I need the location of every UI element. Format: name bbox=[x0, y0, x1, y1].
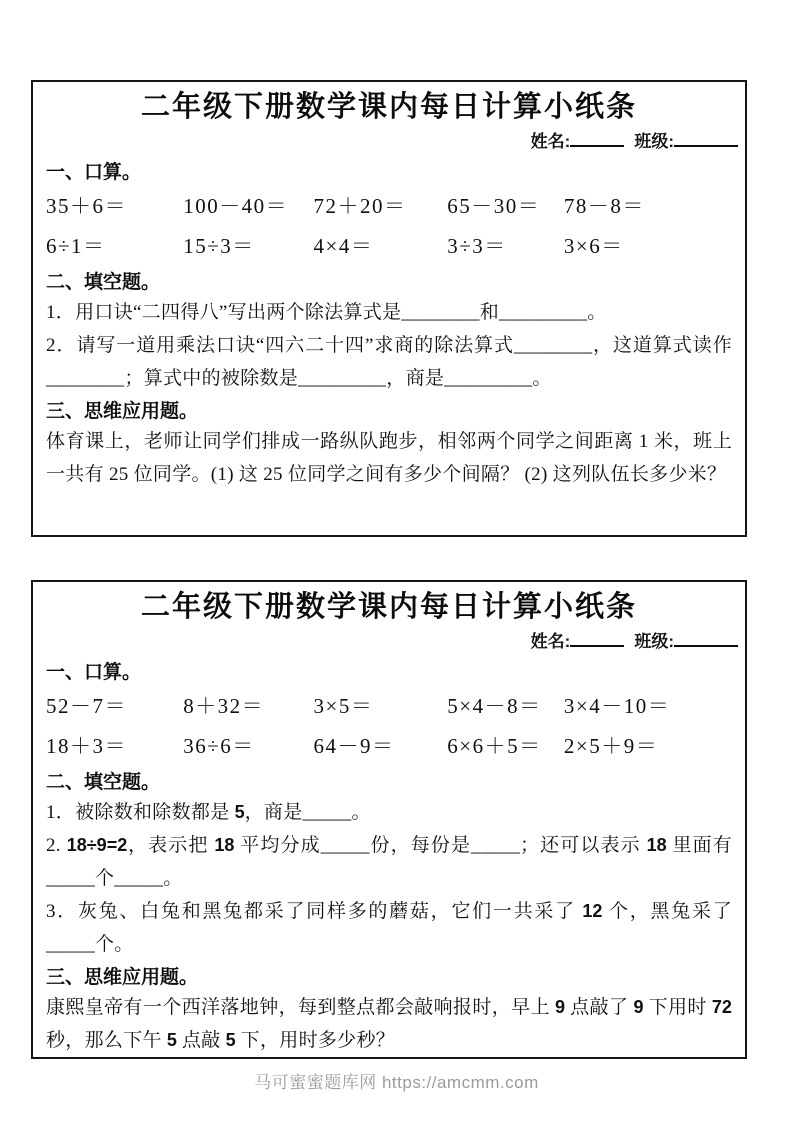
fill-item: 1．用口诀“二四得八”写出两个除法算式是________和_________。 bbox=[46, 296, 732, 329]
name-label: 姓名: bbox=[531, 132, 571, 151]
math-problem: 3×6＝ bbox=[564, 226, 732, 266]
math-problem: 36÷6＝ bbox=[183, 726, 313, 766]
name-label: 姓名: bbox=[531, 632, 571, 651]
math-problem: 18＋3＝ bbox=[46, 726, 183, 766]
math-problem: 78－8＝ bbox=[564, 186, 732, 226]
text-segment: 平均分成_____份，每份是_____；还可以表示 bbox=[234, 835, 646, 856]
math-problem: 100－40＝ bbox=[183, 186, 313, 226]
math-problem: 72＋20＝ bbox=[314, 186, 448, 226]
fill-item: 3．灰兔、白兔和黑兔都采了同样多的蘑菇，它们一共采了 12 个，黑兔采了____… bbox=[46, 895, 732, 961]
math-problem: 3×4－10＝ bbox=[564, 686, 732, 726]
application-problem: 体育课上，老师让同学们排成一路纵队跑步，相邻两个同学之间距离 1 米，班上一共有… bbox=[46, 425, 732, 491]
name-blank-line bbox=[570, 632, 624, 647]
bold-number: 5 bbox=[235, 802, 245, 822]
oral-problems-grid: 35＋6＝ 100－40＝ 72＋20＝ 65－30＝ 78－8＝ 6÷1＝ 1… bbox=[46, 186, 732, 266]
text-segment: 秒，那么下午 bbox=[46, 1030, 167, 1051]
application-problem: 康熙皇帝有一个西洋落地钟，每到整点都会敲响报时，早上 9 点敲了 9 下用时 7… bbox=[46, 991, 732, 1057]
math-problem: 15÷3＝ bbox=[183, 226, 313, 266]
math-problem: 6×6＋5＝ bbox=[447, 726, 564, 766]
math-problem: 5×4－8＝ bbox=[447, 686, 564, 726]
math-problem: 65－30＝ bbox=[447, 186, 564, 226]
name-class-line: 姓名:班级: bbox=[46, 130, 732, 154]
bold-number: 18÷9=2 bbox=[67, 835, 128, 855]
fill-item: 1．被除数和除数都是 5，商是_____。 bbox=[46, 796, 732, 829]
page-title: 二年级下册数学课内每日计算小纸条 bbox=[46, 590, 732, 624]
section-heading-fill: 二、填空题。 bbox=[46, 770, 732, 796]
text-segment: 2. bbox=[46, 835, 67, 856]
name-class-line: 姓名:班级: bbox=[46, 630, 732, 654]
math-problem: 6÷1＝ bbox=[46, 226, 183, 266]
math-problem: 2×5＋9＝ bbox=[564, 726, 732, 766]
text-segment: 下用时 bbox=[644, 997, 712, 1018]
text-segment: ，表示把 bbox=[127, 835, 214, 856]
class-label: 班级: bbox=[634, 132, 674, 151]
fill-item: 2．请写一道用乘法口诀“四六二十四”求商的除法算式________，这道算式读作… bbox=[46, 329, 732, 395]
bold-number: 12 bbox=[582, 901, 602, 921]
bold-number: 18 bbox=[647, 835, 667, 855]
section-heading-application: 三、思维应用题。 bbox=[46, 399, 732, 425]
footer-watermark: 马可蜜蜜题库网 https://amcmm.com bbox=[0, 1068, 793, 1093]
oral-problems-grid: 52－7＝ 8＋32＝ 3×5＝ 5×4－8＝ 3×4－10＝ 18＋3＝ 36… bbox=[46, 686, 732, 766]
text-segment: 下，用时多少秒？ bbox=[236, 1030, 395, 1051]
text-segment: 3．灰兔、白兔和黑兔都采了同样多的蘑菇，它们一共采了 bbox=[46, 901, 582, 922]
bold-number: 9 bbox=[555, 997, 565, 1017]
math-problem: 64－9＝ bbox=[314, 726, 448, 766]
bold-number: 18 bbox=[214, 835, 234, 855]
bold-number: 9 bbox=[633, 997, 643, 1017]
section-heading-fill: 二、填空题。 bbox=[46, 270, 732, 296]
section-heading-oral: 一、口算。 bbox=[46, 660, 732, 686]
worksheet-page: 二年级下册数学课内每日计算小纸条 姓名:班级: 一、口算。 35＋6＝ 100－… bbox=[0, 0, 793, 1122]
bold-number: 5 bbox=[167, 1030, 177, 1050]
bold-number: 72 bbox=[712, 997, 732, 1017]
text-segment: 1．被除数和除数都是 bbox=[46, 802, 235, 823]
class-label: 班级: bbox=[634, 632, 674, 651]
text-segment: ，商是_____。 bbox=[245, 802, 371, 823]
text-segment: 康熙皇帝有一个西洋落地钟，每到整点都会敲响报时，早上 bbox=[46, 997, 555, 1018]
fill-item: 2. 18÷9=2，表示把 18 平均分成_____份，每份是_____；还可以… bbox=[46, 829, 732, 895]
math-problem: 8＋32＝ bbox=[183, 686, 313, 726]
worksheet-card-1: 二年级下册数学课内每日计算小纸条 姓名:班级: 一、口算。 35＋6＝ 100－… bbox=[31, 80, 747, 537]
math-problem: 3×5＝ bbox=[314, 686, 448, 726]
section-heading-oral: 一、口算。 bbox=[46, 160, 732, 186]
class-blank-line bbox=[674, 632, 738, 647]
page-title: 二年级下册数学课内每日计算小纸条 bbox=[46, 90, 732, 124]
math-problem: 4×4＝ bbox=[314, 226, 448, 266]
math-problem: 35＋6＝ bbox=[46, 186, 183, 226]
worksheet-card-2: 二年级下册数学课内每日计算小纸条 姓名:班级: 一、口算。 52－7＝ 8＋32… bbox=[31, 580, 747, 1059]
class-blank-line bbox=[674, 132, 738, 147]
math-problem: 3÷3＝ bbox=[447, 226, 564, 266]
math-problem: 52－7＝ bbox=[46, 686, 183, 726]
name-blank-line bbox=[570, 132, 624, 147]
text-segment: 点敲了 bbox=[565, 997, 633, 1018]
text-segment: 点敲 bbox=[177, 1030, 226, 1051]
bold-number: 5 bbox=[226, 1030, 236, 1050]
section-heading-application: 三、思维应用题。 bbox=[46, 965, 732, 991]
